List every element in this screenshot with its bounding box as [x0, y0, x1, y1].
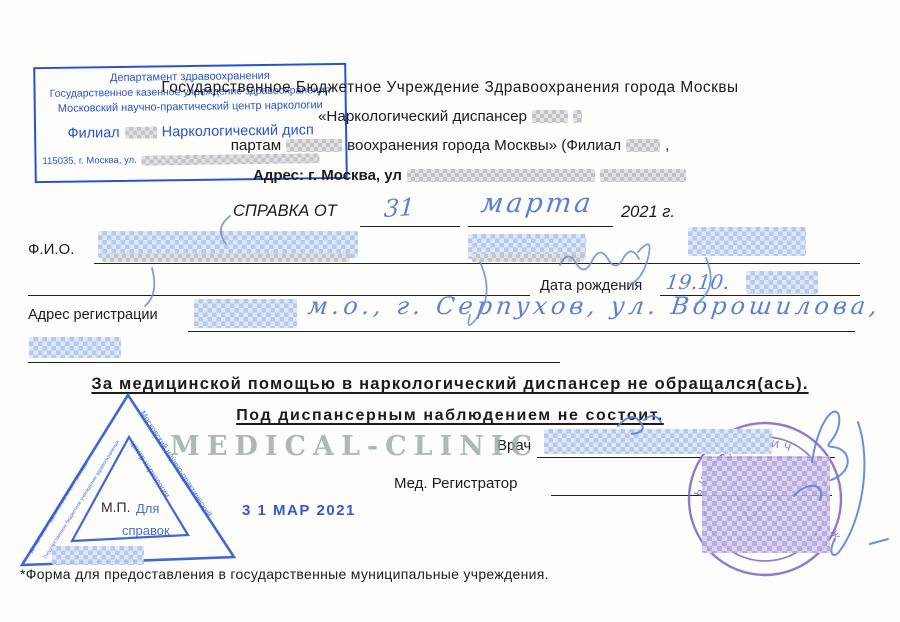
- corner-stamp-address: 115035, г. Москва, ул.: [36, 152, 345, 167]
- signature-strokes: [540, 400, 890, 580]
- header-line1: Государственное Бюджетное Учреждение Здр…: [0, 79, 900, 97]
- redacted-region: [52, 546, 144, 565]
- handwriting-descender: [145, 268, 154, 306]
- header-line3-part2: воохранения города Москвы» (Филиал: [347, 137, 621, 154]
- header-line3-comma: ,: [665, 137, 669, 154]
- header-address-text: Адрес: г. Москва, ул: [253, 167, 402, 184]
- footnote: *Форма для предоставления в государствен…: [20, 566, 549, 582]
- fio-label: Ф.И.О.: [28, 241, 74, 258]
- redacted-region: [407, 169, 595, 182]
- signature-dash: [870, 539, 888, 544]
- handwriting-loop: [630, 244, 650, 284]
- header-line3-part1: партам: [231, 137, 281, 154]
- header-line3: партам воохранения города Москвы» (Филиа…: [0, 137, 900, 154]
- redacted-region: [532, 110, 568, 123]
- registrar-label: Мед. Регистратор: [394, 475, 517, 492]
- redacted-region: [600, 169, 686, 182]
- redacted-region: [29, 337, 121, 358]
- header-address: Адрес: г. Москва, ул: [253, 167, 686, 184]
- header-line2: «Наркологический диспансер: [0, 108, 900, 125]
- signature-stroke: [794, 486, 821, 500]
- header-line2-text: «Наркологический диспансер: [318, 108, 527, 125]
- triangle-stamp-spravok: справок: [122, 523, 170, 538]
- mp-label: М.П.: [101, 499, 131, 515]
- triangle-stamp-dlya: Для: [136, 501, 159, 516]
- corner-stamp-address-text: 115035, г. Москва, ул.: [42, 155, 136, 167]
- redacted-region: [573, 110, 582, 123]
- redacted-region: [286, 139, 342, 152]
- certificate-page: Департамент здравоохранения Государствен…: [0, 0, 900, 622]
- handwriting-flourish: [221, 216, 230, 244]
- doctor-signature: [618, 417, 643, 434]
- doctor-signature: [644, 416, 661, 422]
- signature-flourish: [812, 412, 848, 480]
- date-stamp: 3 1 МАР 2021: [242, 502, 356, 519]
- redacted-region: [626, 139, 660, 152]
- redacted-region: [142, 153, 320, 165]
- handwriting-word: [560, 251, 639, 269]
- handwriting-descender: [468, 262, 486, 325]
- handwriting-descender: [696, 258, 711, 304]
- handwriting-strokes: [90, 212, 810, 318]
- signature-tail: [831, 422, 864, 555]
- watermark: MEDICAL-CLINIC: [170, 431, 539, 462]
